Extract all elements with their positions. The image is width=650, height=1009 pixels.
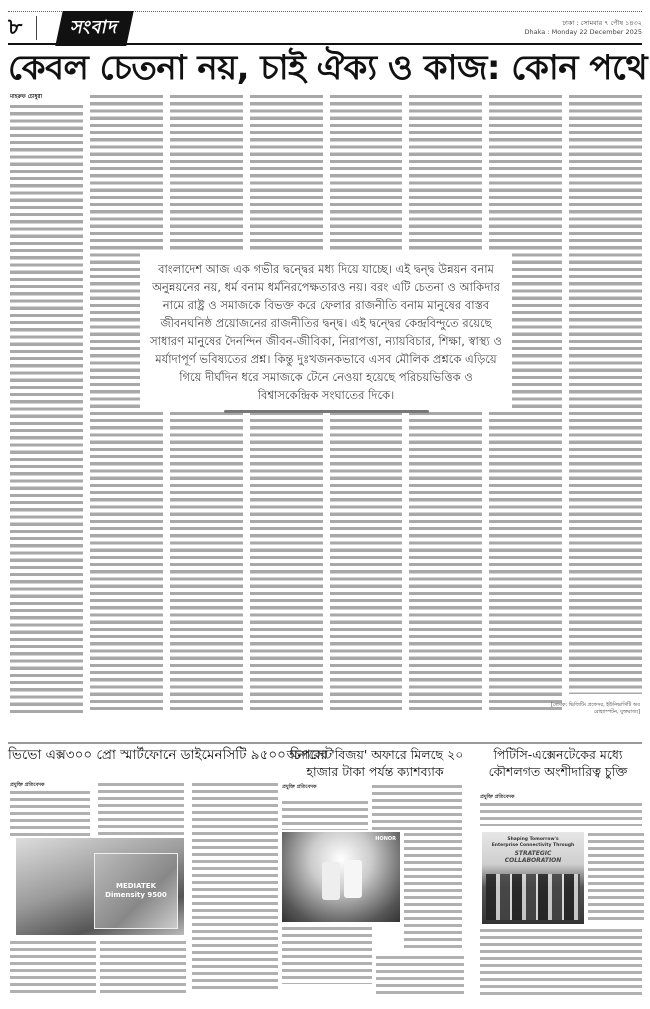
- dateline: ঢাকা : সোমবার ৭ পৌষ ১৪৩২ Dhaka : Monday …: [525, 19, 642, 37]
- article-column: মাহরুফ চৌধুরী: [10, 94, 83, 714]
- author-sign: [লেখক: ভিজিটিং প্রফেসর, ইউনিভার্সিটি অব …: [550, 702, 640, 716]
- mediatek-logo-text: MEDIATEK Dimensity 9500: [100, 882, 172, 900]
- story-text: [588, 832, 644, 924]
- story-headline-ptcl: পিটিসি-এক্সেনটেকের মধ্যে কৌশলগত অংশীদারি…: [472, 746, 644, 780]
- image-caption: Enterprise Connectivity Through: [482, 843, 584, 848]
- story-text: [100, 940, 186, 996]
- story-text: [10, 790, 90, 838]
- story-text: [372, 784, 462, 830]
- story-text: [282, 926, 372, 984]
- body-text-lines: [10, 104, 83, 714]
- phone-shape: [344, 860, 362, 898]
- lead-headline: কেবল চেতনা নয়, চাই ঐক্য ও কাজ: কোন পথে …: [8, 46, 642, 90]
- honor-phones-image: HONOR: [282, 832, 400, 922]
- story-text: [480, 928, 642, 998]
- story-text: [376, 955, 464, 997]
- image-caption: STRATEGIC COLLABORATION: [492, 850, 574, 864]
- newspaper-logo: সংবাদ: [55, 11, 134, 46]
- byline: মাহরুফ চৌধুরী: [10, 94, 83, 101]
- story-text: [404, 832, 462, 952]
- section-rule: [8, 742, 642, 744]
- story-text: [10, 940, 96, 996]
- pull-quote-text: বাংলাদেশ আজ এক গভীর দ্বন্দ্বের মধ্য দিয়…: [150, 260, 502, 404]
- mediatek-chip-image: MEDIATEK Dimensity 9500: [16, 838, 184, 935]
- reporter-label: প্রযুক্তি প্রতিবেদক: [282, 784, 316, 792]
- phone-shape: [322, 862, 340, 900]
- pull-quote-rule: [224, 410, 429, 413]
- reporter-label: প্রযুক্তি প্রতিবেদক: [10, 782, 44, 790]
- date-english: Dhaka : Monday 22 December 2025: [525, 28, 642, 37]
- story-headline-honor: অনারের 'বিজয়' অফারে মিলছে ২০ হাজার টাকা…: [285, 746, 465, 780]
- masthead: ৮ সংবাদ ঢাকা : সোমবার ৭ পৌষ ১৪৩২ Dhaka :…: [8, 14, 642, 42]
- people-group: [486, 874, 580, 920]
- story-text: [282, 800, 368, 830]
- masthead-divider: [36, 16, 37, 40]
- reporter-label: প্রযুক্তি প্রতিবেদক: [480, 794, 514, 802]
- page-number: ৮: [8, 10, 36, 47]
- story-headline-vivo: ভিভো এক্স৩০০ প্রো স্মার্টফোনে ডাইমেনসিটি…: [8, 746, 278, 764]
- date-bengali: ঢাকা : সোমবার ৭ পৌষ ১৪৩২: [525, 19, 642, 28]
- article-column: [569, 94, 642, 714]
- story-text: [98, 782, 184, 838]
- pull-quote: বাংলাদেশ আজ এক গভীর দ্বন্দ্বের মধ্য দিয়…: [140, 252, 512, 410]
- honor-logo-text: HONOR: [375, 836, 396, 842]
- story-text: [192, 782, 278, 992]
- story-text: [480, 802, 642, 826]
- image-caption: Shaping Tomorrow's: [482, 837, 584, 842]
- agreement-signing-image: Shaping Tomorrow's Enterprise Connectivi…: [482, 832, 584, 924]
- masthead-rule: [8, 43, 642, 45]
- body-text-lines: [569, 94, 642, 694]
